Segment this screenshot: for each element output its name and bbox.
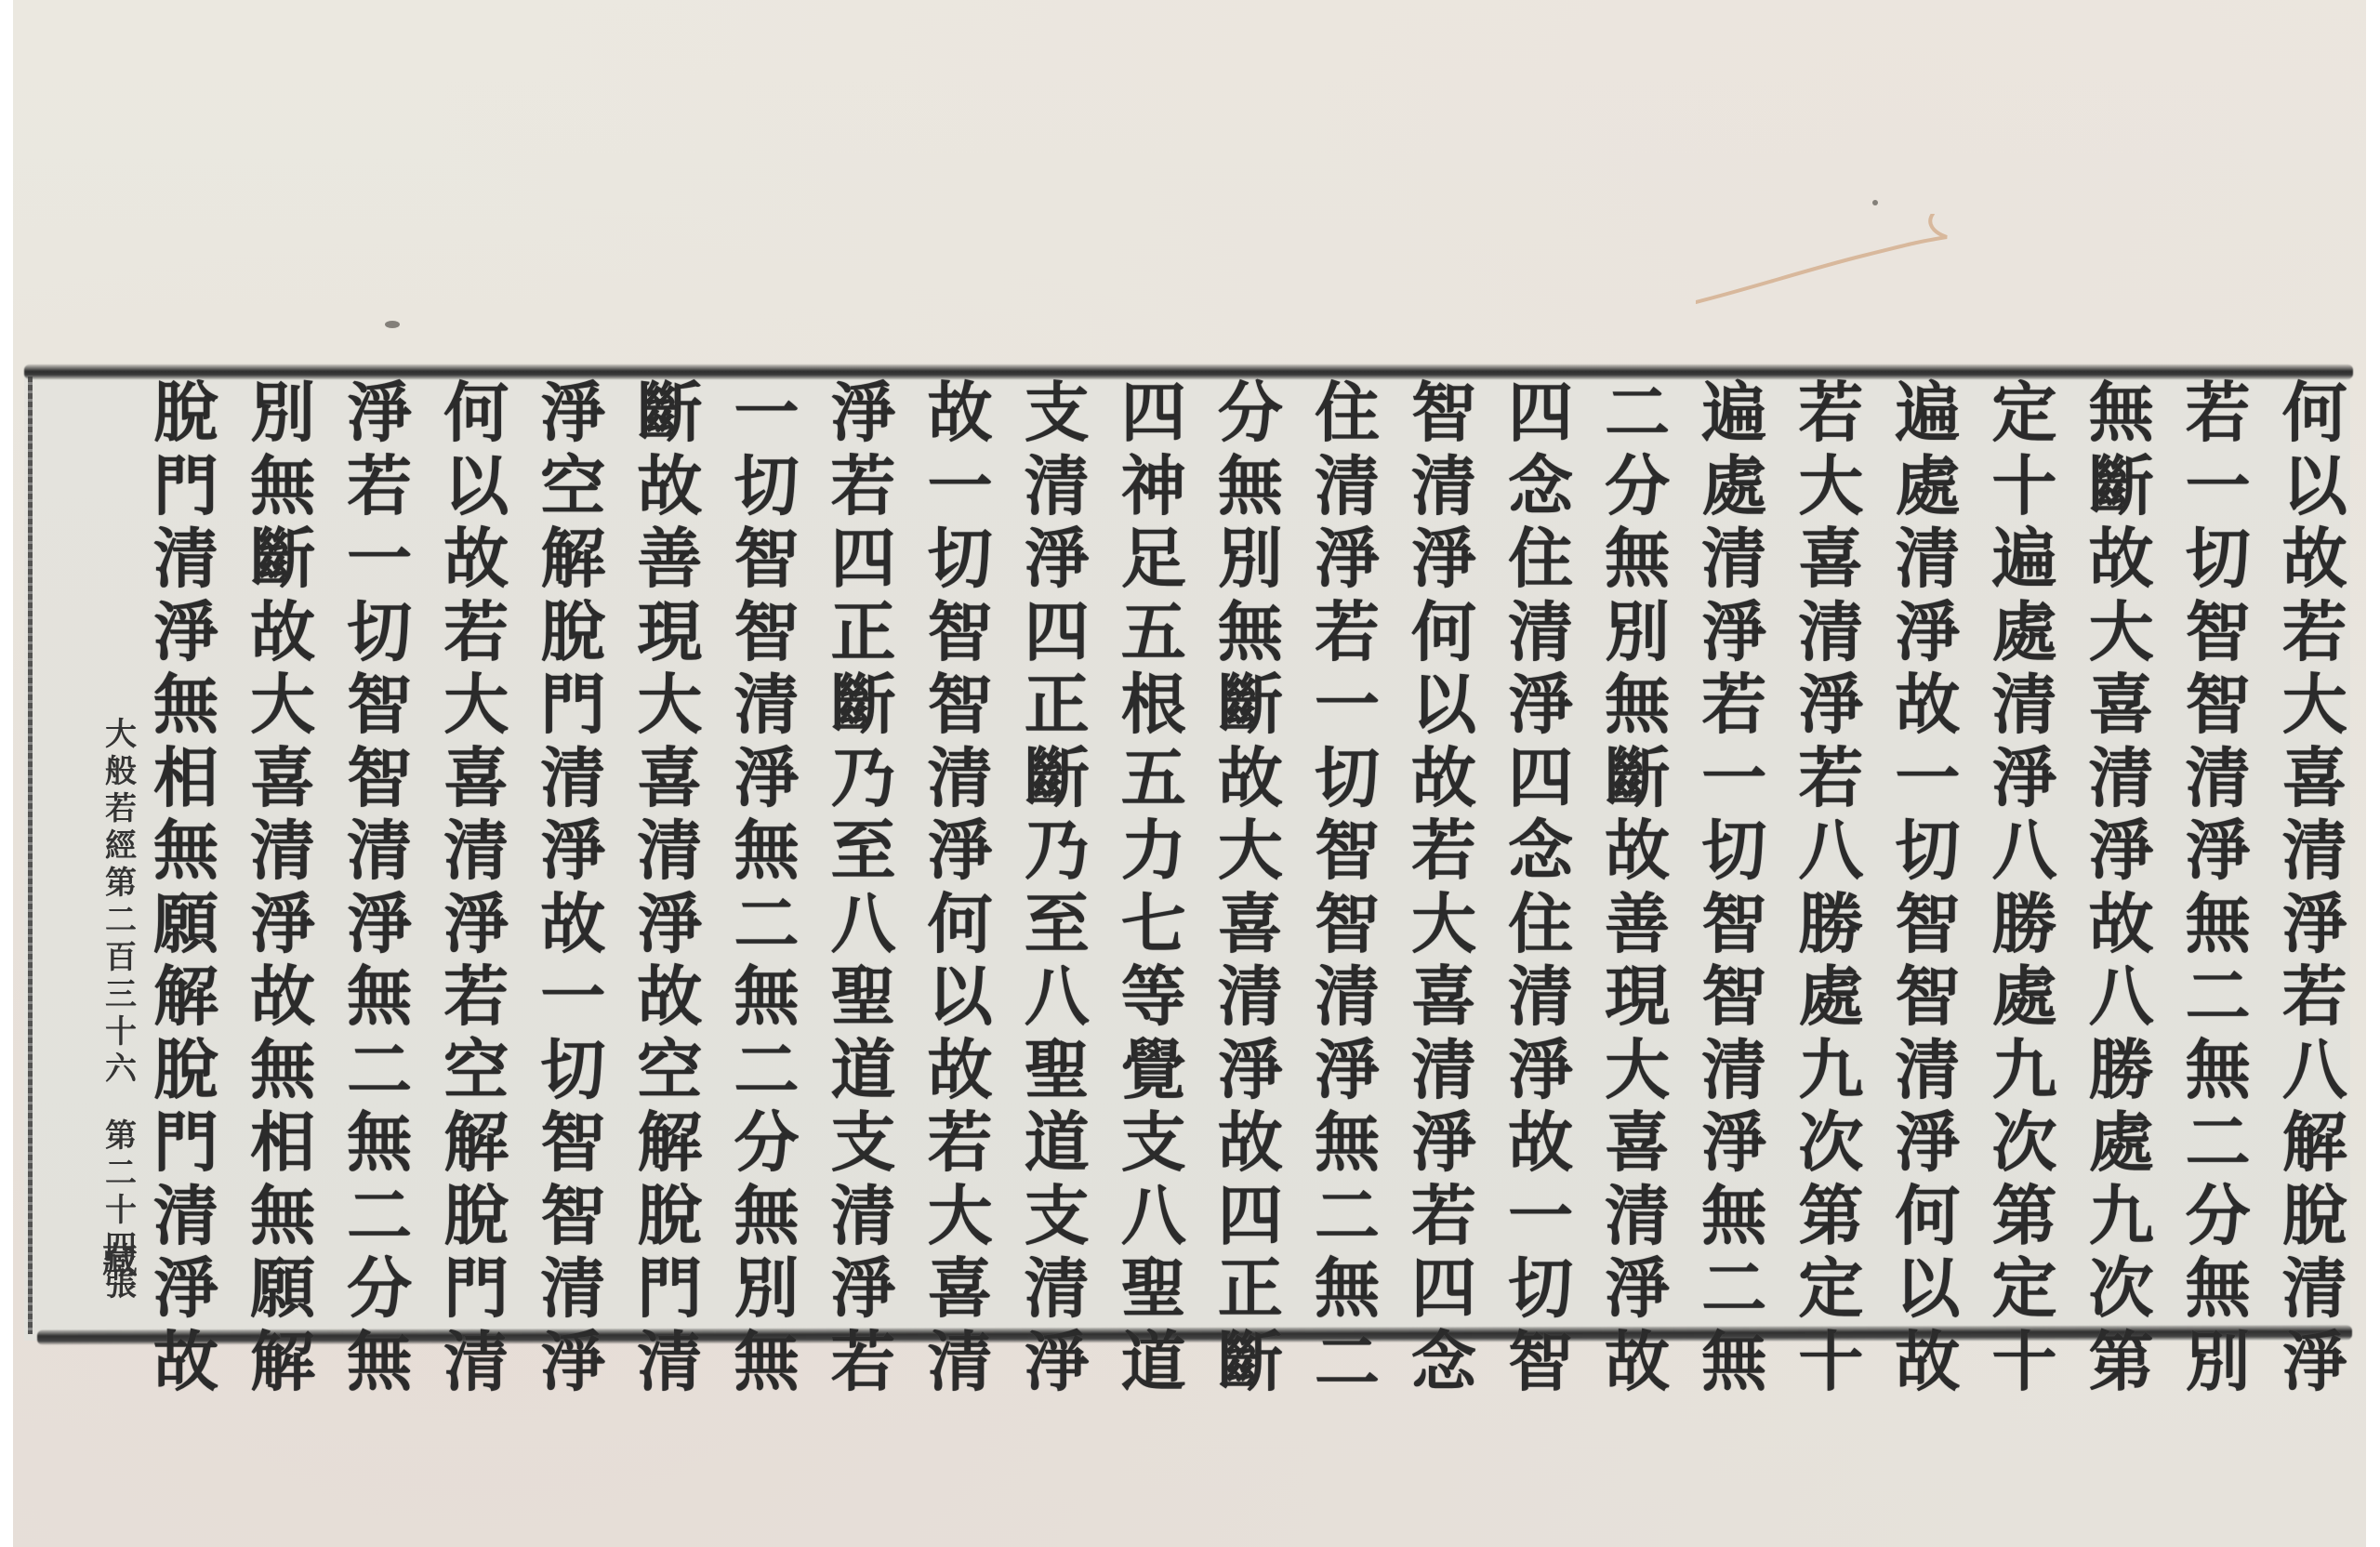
character: 清 bbox=[928, 1326, 993, 1399]
character: 故 bbox=[153, 1326, 218, 1399]
character: 乃 bbox=[831, 742, 896, 815]
margin-title: 大般若經第二百三十六 bbox=[105, 716, 137, 1088]
margin-character: 若 bbox=[105, 790, 137, 827]
character: 何 bbox=[1411, 596, 1476, 669]
character: 道 bbox=[1121, 1326, 1186, 1399]
character: 淨 bbox=[1508, 668, 1573, 742]
character: 何 bbox=[443, 377, 509, 450]
character: 智 bbox=[1701, 960, 1766, 1034]
character: 無 bbox=[1315, 1106, 1380, 1180]
character: 清 bbox=[1411, 450, 1476, 523]
character: 解 bbox=[2282, 1106, 2347, 1180]
character: 道 bbox=[1025, 1106, 1090, 1180]
character: 現 bbox=[637, 596, 702, 669]
character: 八 bbox=[2089, 960, 2154, 1034]
character: 故 bbox=[250, 960, 315, 1034]
character: 無 bbox=[2186, 1034, 2251, 1107]
ink-speck bbox=[1872, 200, 1878, 205]
margin-character: 第 bbox=[105, 865, 137, 902]
character: 次 bbox=[1991, 1106, 2056, 1180]
character: 無 bbox=[2186, 1252, 2251, 1326]
character: 清 bbox=[1508, 960, 1573, 1034]
character: 勝 bbox=[1798, 888, 1863, 961]
character: 四 bbox=[1025, 596, 1090, 669]
character: 解 bbox=[153, 960, 218, 1034]
character: 以 bbox=[1895, 1252, 1960, 1326]
character: 故 bbox=[1411, 742, 1476, 815]
character: 空 bbox=[637, 1034, 702, 1107]
character: 智 bbox=[1508, 1326, 1573, 1399]
character: 以 bbox=[1411, 668, 1476, 742]
character: 切 bbox=[928, 522, 993, 596]
character: 別 bbox=[1605, 596, 1670, 669]
character: 喜 bbox=[2282, 742, 2347, 815]
character: 智 bbox=[1411, 377, 1476, 450]
character: 分 bbox=[347, 1252, 412, 1326]
character: 智 bbox=[2186, 668, 2251, 742]
character: 九 bbox=[2089, 1180, 2154, 1253]
character: 聖 bbox=[1025, 1034, 1090, 1107]
character: 無 bbox=[347, 1106, 412, 1180]
character: 善 bbox=[1605, 888, 1670, 961]
character: 切 bbox=[540, 1034, 605, 1107]
character: 喜 bbox=[928, 1252, 993, 1326]
margin-mark: 藏 bbox=[102, 1232, 138, 1283]
character: 故 bbox=[2089, 888, 2154, 961]
character: 若 bbox=[1411, 1180, 1476, 1253]
character: 二 bbox=[734, 1034, 799, 1107]
character: 次 bbox=[2089, 1252, 2154, 1326]
character: 聖 bbox=[1121, 1252, 1186, 1326]
character: 何 bbox=[928, 888, 993, 961]
character: 切 bbox=[2186, 522, 2251, 596]
character: 智 bbox=[1315, 888, 1380, 961]
character: 淨 bbox=[1315, 522, 1380, 596]
character: 喜 bbox=[443, 742, 509, 815]
character: 清 bbox=[153, 1180, 218, 1253]
character: 脫 bbox=[443, 1180, 509, 1253]
character: 一 bbox=[540, 960, 605, 1034]
character: 清 bbox=[540, 742, 605, 815]
character: 大 bbox=[1605, 1034, 1670, 1107]
character: 第 bbox=[1798, 1180, 1863, 1253]
character: 清 bbox=[2186, 742, 2251, 815]
text-column: 遍處清淨故一切智智清淨何以故 bbox=[1881, 377, 1974, 1334]
character: 無 bbox=[2186, 888, 2251, 961]
character: 一 bbox=[734, 377, 799, 450]
character: 無 bbox=[1701, 1180, 1766, 1253]
character: 相 bbox=[153, 742, 218, 815]
character: 故 bbox=[637, 960, 702, 1034]
character: 二 bbox=[1315, 1326, 1380, 1399]
character: 處 bbox=[1991, 960, 2056, 1034]
character: 住 bbox=[1508, 888, 1573, 961]
character: 若 bbox=[2282, 596, 2347, 669]
character: 若 bbox=[831, 1326, 896, 1399]
character: 淨 bbox=[443, 888, 509, 961]
text-column: 定十遍處清淨八勝處九次第定十 bbox=[1977, 377, 2070, 1334]
character: 若 bbox=[831, 450, 896, 523]
character: 無 bbox=[1605, 668, 1670, 742]
character: 無 bbox=[1605, 522, 1670, 596]
character: 大 bbox=[637, 668, 702, 742]
character: 根 bbox=[1121, 668, 1186, 742]
character: 一 bbox=[928, 450, 993, 523]
character: 四 bbox=[1121, 377, 1186, 450]
text-column: 何以故若大喜清淨若空解脫門清 bbox=[430, 377, 522, 1334]
character: 喜 bbox=[1605, 1106, 1670, 1180]
character: 等 bbox=[1121, 960, 1186, 1034]
character: 故 bbox=[443, 522, 509, 596]
character: 正 bbox=[1025, 668, 1090, 742]
text-column: 支清淨四正斷乃至八聖道支清淨 bbox=[1011, 377, 1104, 1334]
character: 故 bbox=[2089, 522, 2154, 596]
character: 智 bbox=[1895, 960, 1960, 1034]
character: 神 bbox=[1121, 450, 1186, 523]
character: 淨 bbox=[1701, 596, 1766, 669]
character: 分 bbox=[2186, 1180, 2251, 1253]
character: 八 bbox=[2282, 1034, 2347, 1107]
character: 故 bbox=[1508, 1106, 1573, 1180]
character: 門 bbox=[443, 1252, 509, 1326]
character: 若 bbox=[1701, 668, 1766, 742]
character: 清 bbox=[1701, 1034, 1766, 1107]
character: 分 bbox=[734, 1106, 799, 1180]
character: 故 bbox=[1895, 668, 1960, 742]
margin-character: 二 bbox=[105, 1155, 137, 1192]
character: 故 bbox=[2282, 522, 2347, 596]
character: 淨 bbox=[540, 814, 605, 888]
character: 八 bbox=[831, 888, 896, 961]
character: 斷 bbox=[831, 668, 896, 742]
character: 喜 bbox=[1218, 888, 1283, 961]
character: 清 bbox=[153, 522, 218, 596]
character: 清 bbox=[1508, 596, 1573, 669]
margin-character: 六 bbox=[105, 1051, 137, 1088]
character: 若 bbox=[2282, 960, 2347, 1034]
character: 故 bbox=[928, 377, 993, 450]
character: 何 bbox=[2282, 377, 2347, 450]
character: 清 bbox=[2282, 1252, 2347, 1326]
character: 智 bbox=[928, 596, 993, 669]
character: 解 bbox=[443, 1106, 509, 1180]
character: 若 bbox=[1315, 596, 1380, 669]
character: 故 bbox=[1605, 1326, 1670, 1399]
text-column: 何以故若大喜清淨若八解脫清淨 bbox=[2268, 377, 2361, 1334]
character: 智 bbox=[928, 668, 993, 742]
character: 大 bbox=[1218, 814, 1283, 888]
character: 無 bbox=[250, 450, 315, 523]
character: 處 bbox=[1701, 450, 1766, 523]
character: 五 bbox=[1121, 742, 1186, 815]
character: 道 bbox=[831, 1034, 896, 1107]
character: 清 bbox=[1895, 522, 1960, 596]
character: 若 bbox=[2186, 377, 2251, 450]
character: 願 bbox=[250, 1252, 315, 1326]
character: 二 bbox=[1701, 1252, 1766, 1326]
character: 清 bbox=[637, 814, 702, 888]
character: 別 bbox=[734, 1252, 799, 1326]
character: 清 bbox=[1605, 1180, 1670, 1253]
character: 八 bbox=[1121, 1180, 1186, 1253]
character: 遍 bbox=[1895, 377, 1960, 450]
character: 勝 bbox=[2089, 1034, 2154, 1107]
character: 無 bbox=[347, 960, 412, 1034]
text-column: 遍處清淨若一切智智清淨無二無 bbox=[1687, 377, 1780, 1334]
character: 斷 bbox=[1605, 742, 1670, 815]
character: 以 bbox=[2282, 450, 2347, 523]
character: 斷 bbox=[1218, 668, 1283, 742]
character: 力 bbox=[1121, 814, 1186, 888]
character: 清 bbox=[637, 1326, 702, 1399]
character: 淨 bbox=[1411, 1106, 1476, 1180]
character: 清 bbox=[2282, 814, 2347, 888]
character: 切 bbox=[347, 596, 412, 669]
character: 無 bbox=[250, 1180, 315, 1253]
character: 無 bbox=[734, 814, 799, 888]
character: 若 bbox=[1411, 814, 1476, 888]
character: 遍 bbox=[1991, 522, 2056, 596]
character: 清 bbox=[443, 814, 509, 888]
character: 淨 bbox=[831, 377, 896, 450]
character: 現 bbox=[1605, 960, 1670, 1034]
character: 無 bbox=[153, 668, 218, 742]
text-columns: 何以故若大喜清淨若八解脫清淨若一切智智清淨無二無二分無別無斷故大喜清淨故八勝處九… bbox=[139, 377, 2361, 1334]
text-column: 四神足五根五力七等覺支八聖道 bbox=[1107, 377, 1200, 1334]
character: 善 bbox=[637, 522, 702, 596]
character: 淨 bbox=[153, 596, 218, 669]
character: 解 bbox=[540, 522, 605, 596]
character: 淨 bbox=[2282, 1326, 2347, 1399]
character: 淨 bbox=[1218, 1034, 1283, 1107]
character: 九 bbox=[1798, 1034, 1863, 1107]
character: 一 bbox=[1315, 668, 1380, 742]
text-column: 淨若一切智智清淨無二無二分無 bbox=[333, 377, 426, 1334]
text-column: 智清淨何以故若大喜清淨若四念 bbox=[1397, 377, 1490, 1334]
margin-character: 十 bbox=[105, 1013, 137, 1051]
character: 淨 bbox=[2282, 888, 2347, 961]
character: 清 bbox=[1895, 1034, 1960, 1107]
character: 二 bbox=[347, 1180, 412, 1253]
character: 念 bbox=[1508, 450, 1573, 523]
character: 智 bbox=[1895, 888, 1960, 961]
character: 若 bbox=[347, 450, 412, 523]
character: 脫 bbox=[153, 1034, 218, 1107]
character: 定 bbox=[1798, 1252, 1863, 1326]
character: 四 bbox=[1218, 1180, 1283, 1253]
character: 無 bbox=[1218, 450, 1283, 523]
character: 遍 bbox=[1701, 377, 1766, 450]
text-column: 分無別無斷故大喜清淨故四正斷 bbox=[1204, 377, 1297, 1334]
character: 清 bbox=[1701, 522, 1766, 596]
paper-fiber-mark bbox=[1696, 214, 1975, 307]
character: 五 bbox=[1121, 596, 1186, 669]
character: 喜 bbox=[1411, 960, 1476, 1034]
character: 故 bbox=[1218, 1106, 1283, 1180]
character: 清 bbox=[1025, 1252, 1090, 1326]
character: 清 bbox=[2089, 742, 2154, 815]
character: 清 bbox=[1218, 960, 1283, 1034]
character: 二 bbox=[347, 1034, 412, 1107]
character: 切 bbox=[1508, 1252, 1573, 1326]
margin-character: 二 bbox=[105, 902, 137, 939]
character: 淨 bbox=[1798, 668, 1863, 742]
text-column: 四念住清淨四念住清淨故一切智 bbox=[1494, 377, 1587, 1334]
character: 清 bbox=[1798, 596, 1863, 669]
character: 清 bbox=[1315, 450, 1380, 523]
character: 一 bbox=[1895, 742, 1960, 815]
character: 喜 bbox=[2089, 668, 2154, 742]
character: 二 bbox=[734, 888, 799, 961]
character: 故 bbox=[250, 596, 315, 669]
character: 脫 bbox=[637, 1180, 702, 1253]
character: 淨 bbox=[153, 1252, 218, 1326]
character: 四 bbox=[1508, 377, 1573, 450]
character: 無 bbox=[734, 1326, 799, 1399]
character: 清 bbox=[250, 814, 315, 888]
text-column: 斷故善現大喜清淨故空解脫門清 bbox=[623, 377, 716, 1334]
character: 切 bbox=[1701, 814, 1766, 888]
text-column: 淨空解脫門清淨故一切智智清淨 bbox=[526, 377, 619, 1334]
character: 一 bbox=[2186, 450, 2251, 523]
character: 願 bbox=[153, 888, 218, 961]
character: 聖 bbox=[831, 960, 896, 1034]
character: 何 bbox=[1895, 1180, 1960, 1253]
margin-character: 百 bbox=[105, 939, 137, 976]
character: 若 bbox=[1798, 742, 1863, 815]
text-column: 無斷故大喜清淨故八勝處九次第 bbox=[2075, 377, 2168, 1334]
character: 支 bbox=[831, 1106, 896, 1180]
character: 淨 bbox=[734, 742, 799, 815]
character: 七 bbox=[1121, 888, 1186, 961]
character: 斷 bbox=[2089, 450, 2154, 523]
character: 四 bbox=[831, 522, 896, 596]
character: 大 bbox=[1411, 888, 1476, 961]
character: 淨 bbox=[637, 888, 702, 961]
margin-character: 三 bbox=[105, 976, 137, 1013]
character: 一 bbox=[1508, 1180, 1573, 1253]
text-column: 淨若四正斷乃至八聖道支清淨若 bbox=[817, 377, 910, 1334]
character: 足 bbox=[1121, 522, 1186, 596]
character: 住 bbox=[1315, 377, 1380, 450]
character: 乃 bbox=[1025, 814, 1090, 888]
character: 門 bbox=[540, 668, 605, 742]
character: 淨 bbox=[1701, 1106, 1766, 1180]
character: 十 bbox=[1991, 1326, 2056, 1399]
character: 至 bbox=[831, 814, 896, 888]
character: 處 bbox=[1991, 596, 2056, 669]
character: 淨 bbox=[1508, 1034, 1573, 1107]
character: 以 bbox=[928, 960, 993, 1034]
character: 智 bbox=[540, 1180, 605, 1253]
character: 無 bbox=[1701, 1326, 1766, 1399]
character: 別 bbox=[250, 377, 315, 450]
character: 無 bbox=[1218, 596, 1283, 669]
character: 門 bbox=[153, 1106, 218, 1180]
character: 淨 bbox=[347, 888, 412, 961]
text-column: 二分無別無斷故善現大喜清淨故 bbox=[1591, 377, 1684, 1334]
character: 解 bbox=[637, 1106, 702, 1180]
character: 空 bbox=[540, 450, 605, 523]
character: 清 bbox=[928, 742, 993, 815]
character: 一 bbox=[347, 522, 412, 596]
character: 智 bbox=[347, 742, 412, 815]
character: 智 bbox=[1315, 814, 1380, 888]
character: 無 bbox=[153, 814, 218, 888]
character: 淨 bbox=[2089, 814, 2154, 888]
character: 智 bbox=[1701, 888, 1766, 961]
character: 正 bbox=[831, 596, 896, 669]
character: 淨 bbox=[1991, 742, 2056, 815]
character: 十 bbox=[1991, 450, 2056, 523]
character: 十 bbox=[1798, 1326, 1863, 1399]
character: 空 bbox=[443, 1034, 509, 1107]
character: 第 bbox=[1991, 1180, 2056, 1253]
text-column: 脫門清淨無相無願解脫門清淨故 bbox=[139, 377, 232, 1334]
text-column: 故一切智智清淨何以故若大喜清 bbox=[914, 377, 1007, 1334]
character: 無 bbox=[1315, 1252, 1380, 1326]
frame-border-left bbox=[28, 377, 33, 1334]
character: 清 bbox=[734, 668, 799, 742]
character: 斷 bbox=[637, 377, 702, 450]
character: 清 bbox=[831, 1180, 896, 1253]
character: 支 bbox=[1121, 1106, 1186, 1180]
character: 別 bbox=[2186, 1326, 2251, 1399]
character: 故 bbox=[1895, 1326, 1960, 1399]
character: 覺 bbox=[1121, 1034, 1186, 1107]
character: 大 bbox=[928, 1180, 993, 1253]
character: 智 bbox=[540, 1106, 605, 1180]
character: 二 bbox=[2186, 960, 2251, 1034]
character: 支 bbox=[1025, 1180, 1090, 1253]
character: 故 bbox=[928, 1034, 993, 1107]
character: 淨 bbox=[831, 1252, 896, 1326]
character: 無 bbox=[734, 1180, 799, 1253]
character: 門 bbox=[637, 1252, 702, 1326]
character: 無 bbox=[734, 960, 799, 1034]
character: 智 bbox=[2186, 596, 2251, 669]
character: 處 bbox=[1895, 450, 1960, 523]
margin-character: 經 bbox=[105, 827, 137, 865]
character: 清 bbox=[1025, 450, 1090, 523]
character: 淨 bbox=[250, 888, 315, 961]
margin-character: 第 bbox=[105, 1117, 137, 1155]
character: 故 bbox=[637, 450, 702, 523]
character: 喜 bbox=[637, 742, 702, 815]
margin-character: 大 bbox=[105, 716, 137, 753]
character: 喜 bbox=[250, 742, 315, 815]
character: 解 bbox=[250, 1326, 315, 1399]
margin-note: 大般若經第二百三十六 第二十四張 bbox=[98, 716, 144, 1303]
character: 定 bbox=[1991, 1252, 2056, 1326]
character: 淨 bbox=[540, 1326, 605, 1399]
character: 二 bbox=[2186, 1106, 2251, 1180]
character: 次 bbox=[1798, 1106, 1863, 1180]
character: 一 bbox=[1701, 742, 1766, 815]
character: 清 bbox=[347, 814, 412, 888]
character: 處 bbox=[2089, 1106, 2154, 1180]
character: 淨 bbox=[1315, 1034, 1380, 1107]
character: 切 bbox=[1315, 742, 1380, 815]
character: 支 bbox=[1025, 377, 1090, 450]
character: 淨 bbox=[1025, 1326, 1090, 1399]
character: 以 bbox=[443, 450, 509, 523]
character: 淨 bbox=[347, 377, 412, 450]
character: 淨 bbox=[2186, 814, 2251, 888]
margin-character: 般 bbox=[105, 753, 137, 790]
character: 切 bbox=[734, 450, 799, 523]
character: 門 bbox=[153, 450, 218, 523]
